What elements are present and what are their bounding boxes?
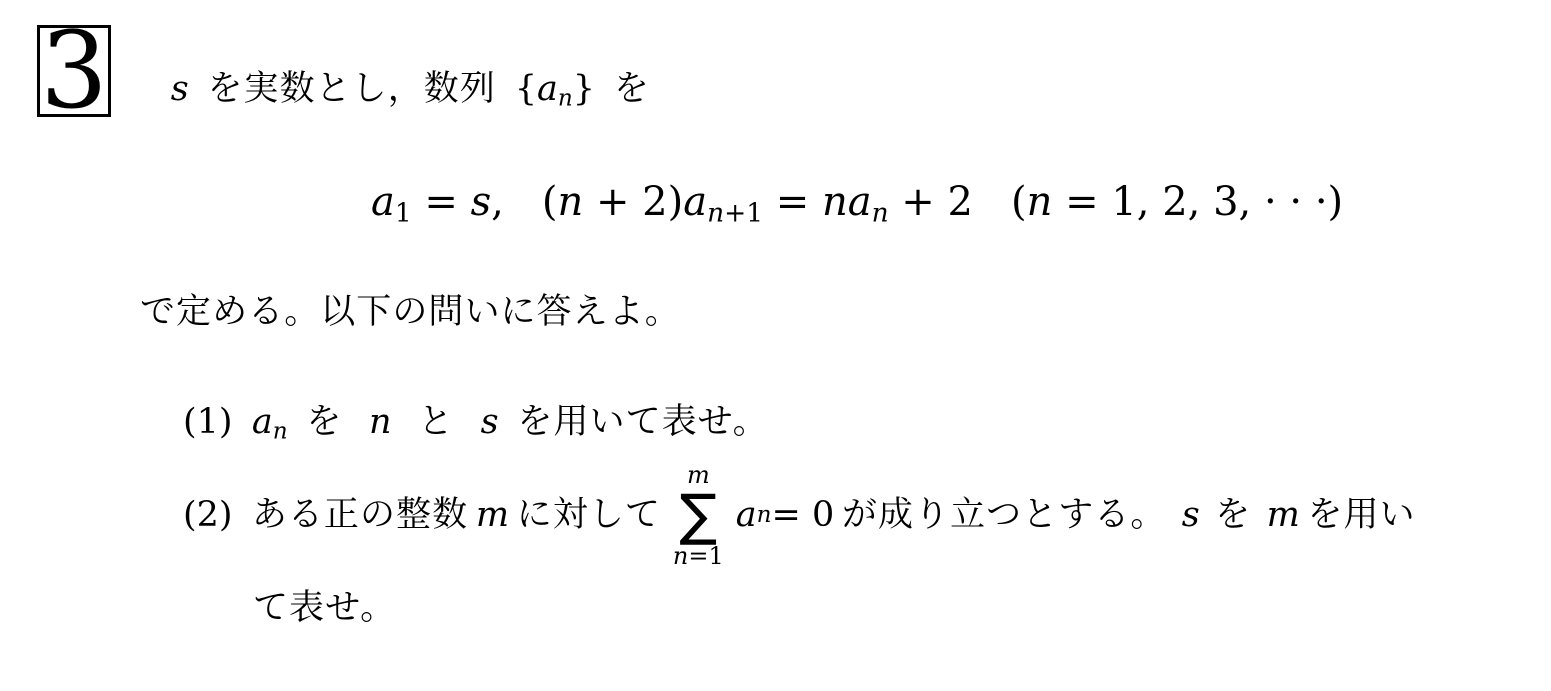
q2-text-5: を用い <box>1307 492 1415 539</box>
q2-text-3: が成り立つとする。 <box>842 492 1166 539</box>
question-2-continuation: て表せ。 <box>253 585 396 632</box>
eq-lparen-2: ( <box>1011 179 1027 225</box>
q1-var-n: n <box>369 402 392 442</box>
brace-close: } <box>573 69 595 109</box>
summation-expression: m ∑ n=1 <box>673 462 724 570</box>
eq-n1: n <box>557 179 583 225</box>
q2-label: (2) <box>183 492 233 539</box>
eq-comma: , <box>491 179 504 225</box>
eq-sub-1: 1 <box>395 197 412 228</box>
q1-label: (1) <box>183 402 233 442</box>
eq-equals-1: = <box>412 179 471 225</box>
math-problem-page: 3 s を実数とし，数列 {an} を a1 = s,(n + 2)an+1 =… <box>0 0 1551 691</box>
math-var-s: s <box>171 69 189 109</box>
eq-rparen-2: ) <box>1328 179 1344 225</box>
intro-text-2: を <box>614 69 650 109</box>
q1-sub-n: n <box>273 419 288 445</box>
eq-sub-n2: n <box>872 197 889 228</box>
sum-lower-limit: n=1 <box>673 543 724 571</box>
subscript-n: n <box>558 86 573 112</box>
intro-line: s を実数とし，数列 {an} を <box>163 66 650 115</box>
eq-n3: n <box>1027 179 1053 225</box>
problem-number: 3 <box>40 18 107 124</box>
q2-var-a: a <box>736 492 757 539</box>
eq-a1: a <box>371 179 395 225</box>
q2-text-2: に対して <box>517 492 661 539</box>
q2-sub-n: n <box>757 500 772 531</box>
q1-var-s: s <box>481 402 499 442</box>
q1-text-2: と <box>418 402 454 442</box>
eq-rparen-1: ) <box>668 179 684 225</box>
q2-text-1: ある正の整数 <box>252 492 468 539</box>
sum-lower-eq1: =1 <box>688 542 723 570</box>
q2-var-s: s <box>1182 492 1200 539</box>
sigma-icon: ∑ <box>679 489 717 542</box>
q2-text-4: を <box>1215 492 1251 539</box>
eq-lparen-1: ( <box>542 179 558 225</box>
question-1: (1)an を n と s を用いて表せ。 <box>183 399 769 448</box>
eq-sub-plus-1: +1 <box>724 197 763 228</box>
eq-plus-2a: + 2 <box>583 179 667 225</box>
eq-n2: n <box>822 179 848 225</box>
sum-lower-n: n <box>673 542 688 570</box>
q2-equals-zero: = 0 <box>772 492 835 539</box>
q1-var-a: a <box>252 402 273 442</box>
question-2: (2) ある正の整数 m に対して m ∑ n=1 an = 0 が成り立つとす… <box>183 452 1416 580</box>
q2-var-m2: m <box>1267 492 1300 539</box>
recurrence-equation: a1 = s,(n + 2)an+1 = nan + 2(n = 1, 2, 3… <box>371 176 1343 231</box>
eq-a2: a <box>683 179 707 225</box>
eq-sub-n-plus-1: n+1 <box>707 197 763 228</box>
eq-range: = 1, 2, 3, · · · <box>1052 179 1327 225</box>
eq-equals-2: = <box>763 179 822 225</box>
math-var-a: a <box>537 69 558 109</box>
eq-plus-2b: + 2 <box>889 179 973 225</box>
eq-sub-n: n <box>707 197 724 228</box>
q1-text-1: を <box>306 402 342 442</box>
eq-a3: a <box>848 179 872 225</box>
intro-text-1: を実数とし，数列 <box>207 69 495 109</box>
brace-open: { <box>515 69 537 109</box>
problem-number-box: 3 <box>37 25 111 117</box>
q1-text-3: を用いて表せ。 <box>517 402 768 442</box>
q2-var-m: m <box>476 492 509 539</box>
eq-s: s <box>471 179 492 225</box>
define-line: で定める。以下の問いに答えよ。 <box>140 289 681 336</box>
